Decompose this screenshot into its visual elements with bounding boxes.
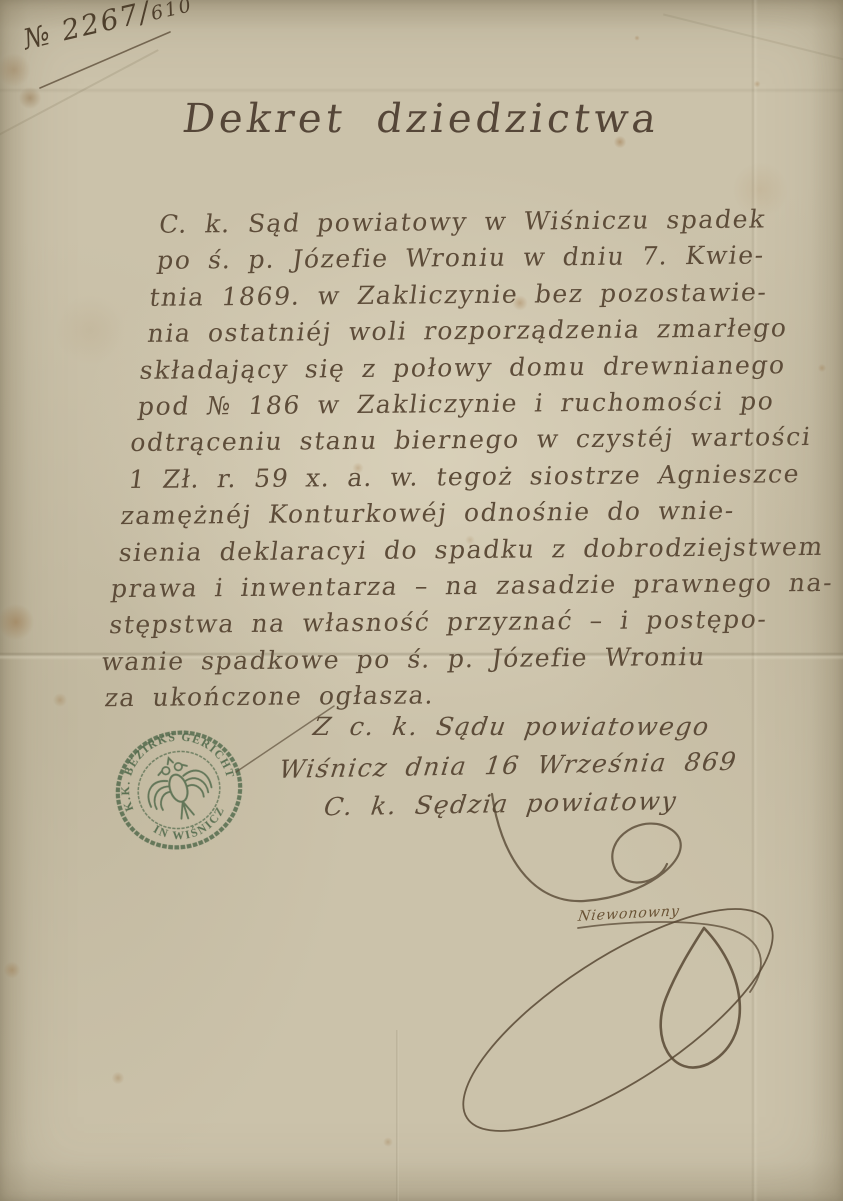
body-line: tnia 1869. w Zakliczynie bez pozostawie- [147, 274, 843, 316]
document-number-value: № 2267 [20, 0, 143, 56]
fold-crease-corner-right [663, 13, 843, 68]
body-line: 1 Zł. r. 59 x. a. w. tegoż siostrze Agni… [126, 456, 819, 498]
signature-name-underline [578, 922, 761, 992]
fold-crease-vertical [396, 1030, 399, 1201]
body-line: pod № 186 w Zakliczynie i ruchomości po [136, 383, 829, 425]
document-page: № 2267/610 Dekret dziedzictwa C. k. Sąd … [0, 0, 843, 1201]
body-line: po ś. p. Józefie Wroniu w dniu 7. Kwie- [155, 237, 843, 279]
body-line: zamężnéj Konturkowéj odnośnie do wnie- [118, 492, 814, 534]
body-line: prawa i inwentarza – na zasadzie prawneg… [109, 565, 805, 607]
closing-judge-line: C. k. Sędzia powiatowy [322, 780, 833, 827]
document-number-fraction: 610 [149, 0, 195, 25]
page-title: Dekret dziedzictwa [0, 96, 843, 142]
body-line: sienia deklaracyi do spadku z dobrodziej… [117, 529, 810, 571]
body-line: składający się z połowy domu drewnianego [138, 346, 834, 388]
double-headed-eagle-icon [138, 748, 218, 828]
body-line: stępstwa na własność przyznać – i postęp… [107, 602, 800, 644]
body-line: odtrąceniu stanu biernego w czystéj wart… [128, 419, 824, 461]
body-line: C. k. Sąd powiatowy w Wiśniczu spadek [157, 201, 843, 243]
signature-paraph-inner [661, 928, 740, 1067]
judge-signature-name: Niewonowny [577, 903, 681, 924]
body-line: nia ostatniéj woli rozporządzenia zmarłe… [145, 310, 838, 352]
document-number: № 2267/610 [20, 0, 195, 56]
body-line: wanie spadkowe po ś. p. Józefie Wroniu [99, 638, 795, 680]
body-text: C. k. Sąd powiatowy w Wiśniczu spadek po… [94, 201, 843, 717]
closing-court-line: Z c. k. Sądu powiatowego [311, 708, 843, 746]
